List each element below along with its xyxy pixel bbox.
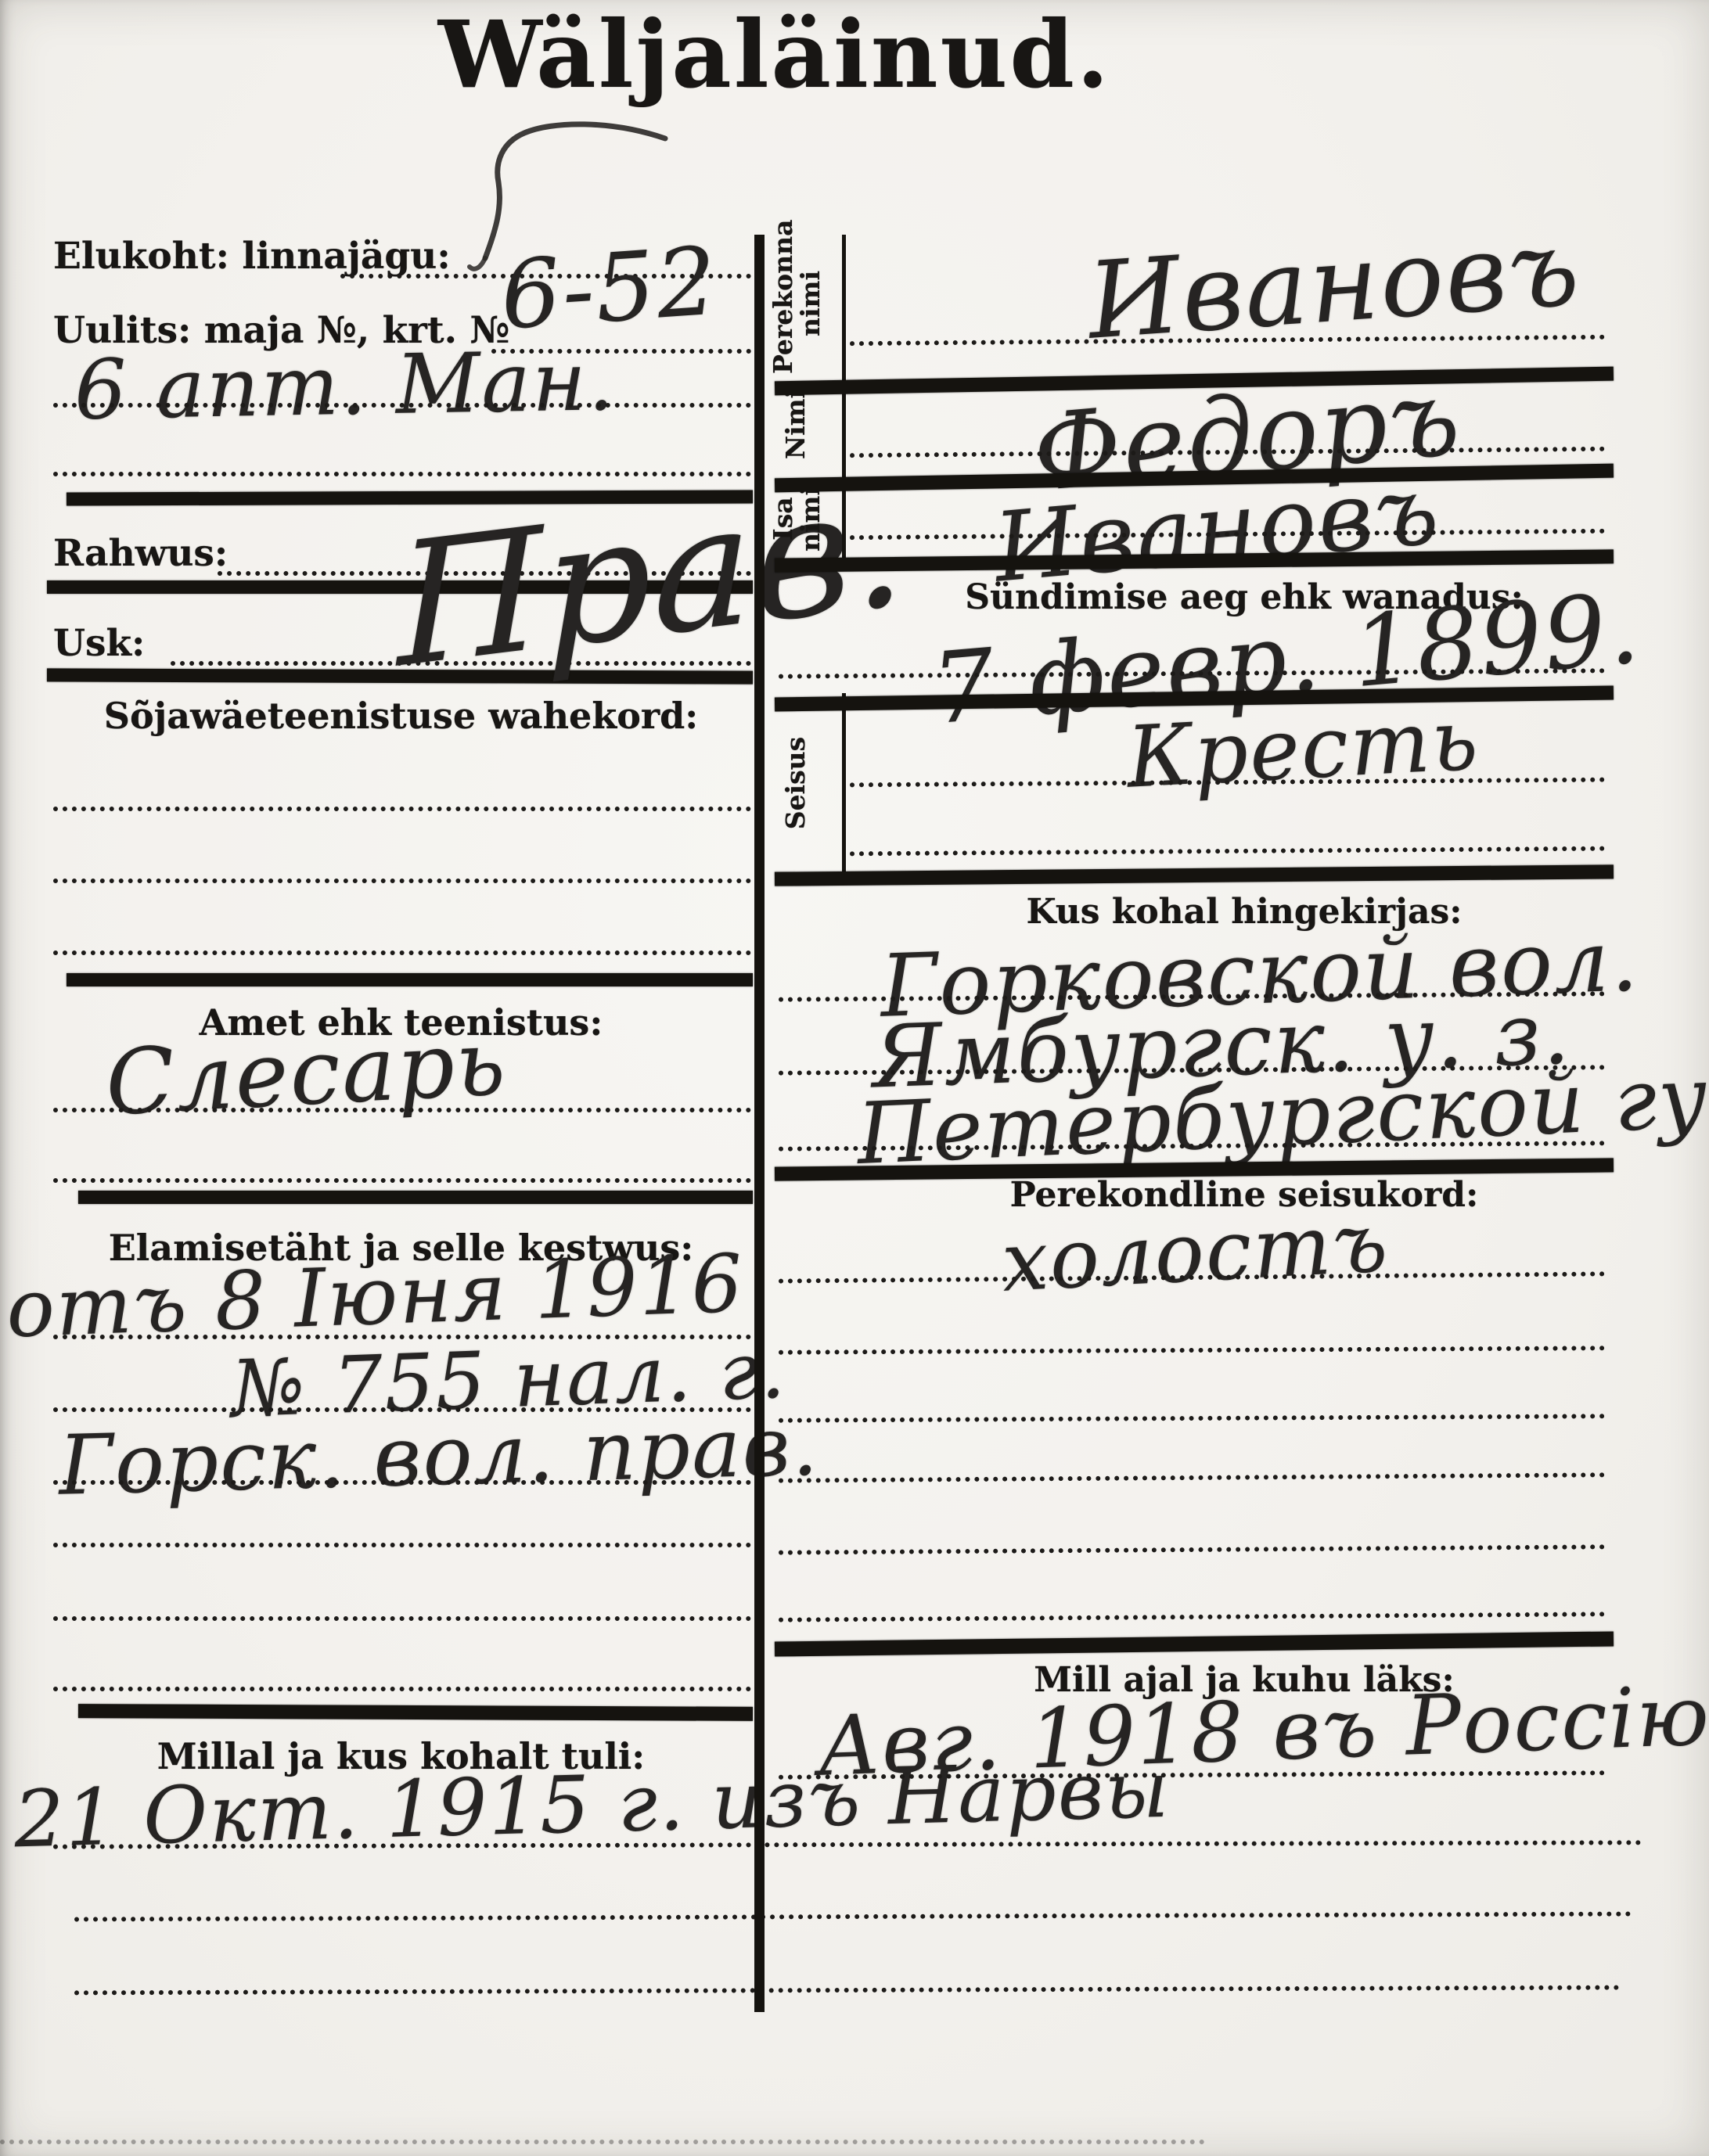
section-rule [78, 1704, 753, 1721]
handwritten-profession: Слесарь [103, 1011, 509, 1137]
ruled-line [779, 1472, 1605, 1482]
ruled-line [779, 1612, 1605, 1622]
ruled-line [53, 1480, 751, 1485]
ruled-line [74, 1912, 1632, 1922]
ruled-line [779, 1346, 1605, 1355]
field-sojawae-label: Sõjawäeteenistuse wahekord: [51, 695, 751, 737]
ruled-line [53, 1108, 751, 1112]
center-divider-line [754, 235, 765, 2012]
label-strip-line [842, 693, 846, 875]
handwritten-marital-status: холостъ [999, 1195, 1391, 1310]
field-usk-label: Usk: [53, 622, 145, 665]
label-strip-line [842, 235, 846, 563]
field-rahwus-label: Rahwus: [53, 532, 228, 575]
field-elukoht-label: Elukoht: linnajägu: [53, 235, 451, 278]
ruled-line [53, 879, 751, 883]
ruled-line [53, 472, 751, 476]
section-rule [78, 1191, 753, 1204]
ruled-line [53, 403, 751, 408]
ruled-line [53, 1178, 751, 1183]
ruled-line [53, 950, 751, 955]
section-rule [775, 1631, 1614, 1656]
ruled-line [53, 1687, 751, 1691]
ruled-line [850, 846, 1605, 857]
handwritten-address: 6 апт. Ман. [74, 333, 616, 438]
page-title: Wäljaläinud. [0, 0, 1549, 109]
ruled-line [779, 1544, 1605, 1554]
ruled-line [779, 1414, 1605, 1423]
handwritten-estate: Кресть [1124, 691, 1481, 807]
ruled-line [74, 1985, 1620, 1996]
ruled-line [53, 1543, 751, 1547]
scan-edge-smudge [0, 2140, 1205, 2144]
ruled-line [53, 1616, 751, 1621]
registration-card-page: Wäljaläinud. Elukoht: linnajägu: Uulits:… [0, 0, 1709, 2156]
handwritten-house-number: 6-52 [497, 227, 721, 350]
field-perekonna-nimi-label: Perekonna nimi [770, 233, 824, 374]
ruled-line [53, 807, 751, 811]
section-rule [67, 973, 753, 986]
field-seisus-label: Seisus [783, 693, 810, 873]
section-rule [775, 864, 1614, 886]
handwritten-permit-line3: Горск. вол. прав. [58, 1398, 821, 1513]
